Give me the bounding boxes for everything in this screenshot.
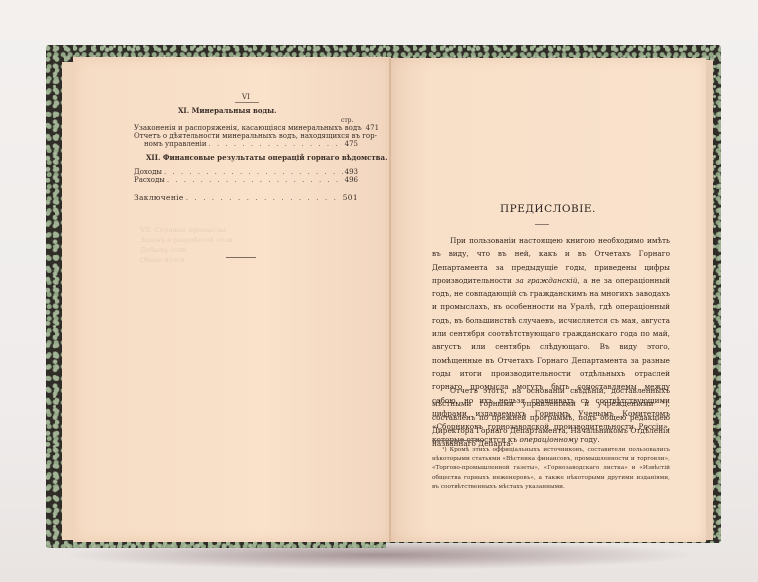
footnote-text: ¹) Кромѣ этихъ оффиціальныхъ источниковъ… bbox=[432, 446, 670, 492]
toc-label: номъ управленіи bbox=[144, 140, 207, 149]
toc-row-conclusion[interactable]: Заключеніе . . . . . . . . . . . . . . .… bbox=[134, 193, 358, 202]
page-number-folio: VI bbox=[242, 92, 250, 103]
toc-row[interactable]: номъ управленіи . . . . . . . . . . . . … bbox=[144, 140, 358, 149]
title-rule bbox=[535, 224, 549, 225]
bleed-through-text: VII. Соляные промыслы. Захонъ о разработ… bbox=[140, 225, 233, 265]
page-column-header: стр. bbox=[341, 117, 353, 124]
toc-row[interactable]: Расходы . . . . . . . . . . . . . . . . … bbox=[134, 176, 358, 185]
footnote: ¹) Кромѣ этихъ оффиціальныхъ источниковъ… bbox=[432, 446, 670, 492]
folio-rule bbox=[235, 102, 259, 103]
section-heading-xii: XII. Финансовые результаты операцій горн… bbox=[146, 153, 388, 164]
book-gutter bbox=[389, 58, 391, 542]
toc-leader-dots: . . . . . . . . . . . . . . . . . . . . … bbox=[209, 140, 343, 149]
footnote-rule bbox=[432, 440, 482, 441]
toc-page: 496 bbox=[345, 176, 358, 185]
end-rule bbox=[226, 257, 256, 258]
toc-page: 501 bbox=[343, 193, 358, 202]
page-title: ПРЕДИСЛОВІЕ. bbox=[500, 204, 596, 215]
toc-page: 475 bbox=[345, 140, 358, 149]
toc-label: Заключеніе bbox=[134, 193, 184, 202]
section-heading-xi: XI. Минеральныя воды. bbox=[178, 106, 277, 117]
toc-leader-dots: . . . . . . . . . . . . . . . . . . . . … bbox=[186, 193, 341, 202]
emphasis-text: за гражданскій bbox=[515, 276, 577, 285]
toc-label: Расходы bbox=[134, 176, 165, 185]
toc-leader-dots: . . . . . . . . . . . . . . . . . . . . … bbox=[167, 176, 343, 185]
